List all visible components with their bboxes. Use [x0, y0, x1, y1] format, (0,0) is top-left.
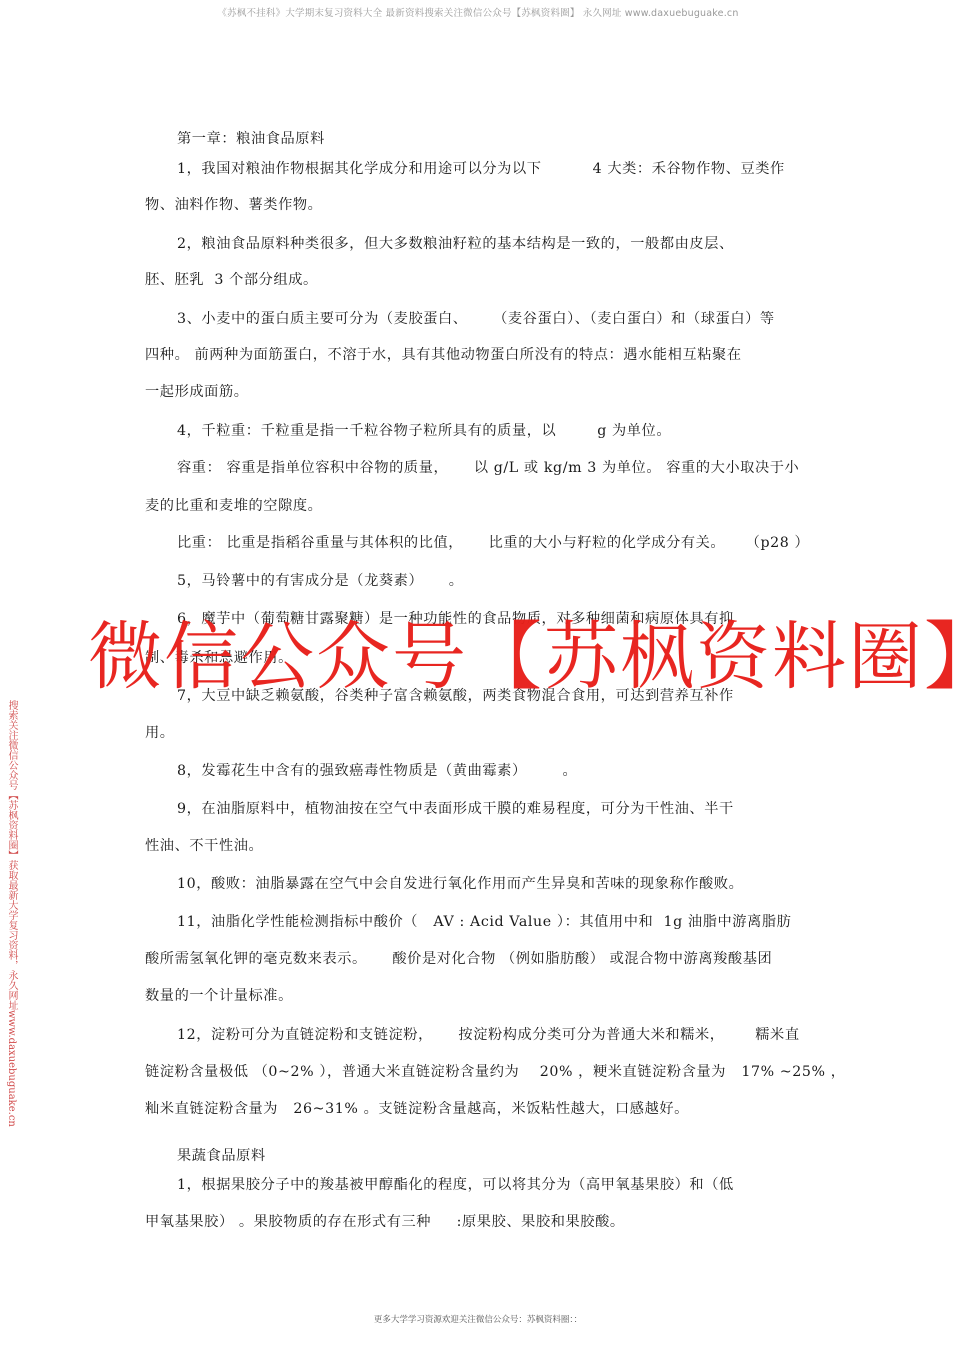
text-line: 酸所需氢氧化钾的毫克数来表示。 酸价是对化合物 （例如脂肪酸） 或混合物中游离羧…	[145, 948, 772, 968]
text-line: 四种。 前两种为面筋蛋白，不溶于水，具有其他动物蛋白所没有的特点：遇水能相互粘聚…	[145, 344, 742, 364]
text-line: 9，在油脂原料中，植物油按在空气中表面形成干膜的难易程度，可分为干性油、半干	[177, 798, 734, 818]
watermark-overlay: 微信公众号【苏枫资料圈】	[88, 620, 956, 694]
text-line: 物、油料作物、薯类作物。	[145, 194, 322, 214]
text-line: 4，千粒重：千粒重是指一千粒谷物子粒所具有的质量，以 g 为单位。	[177, 420, 671, 440]
text-line: 1，根据果胶分子中的羧基被甲醇酯化的程度，可以将其分为（高甲氧基果胶）和（低	[177, 1174, 734, 1194]
text-line: 性油、不干性油。	[145, 835, 263, 855]
text-line: 一起形成面筋。	[145, 381, 249, 401]
text-line: 容重： 容重是指单位容积中谷物的质量， 以 g/L 或 kg/m 3 为单位。 …	[177, 457, 799, 477]
text-line: 甲氧基果胶） 。果胶物质的存在形式有三种 :原果胶、果胶和果胶酸。	[145, 1211, 625, 1231]
text-line: 1，我国对粮油作物根据其化学成分和用途可以分为以下 4 大类：禾谷物作物、豆类作	[177, 158, 785, 178]
text-line: 2，粮油食品原料种类很多，但大多数粮油籽粒的基本结构是一致的，一般都由皮层、	[177, 233, 734, 253]
text-line: 比重： 比重是指稻谷重量与其体积的比值， 比重的大小与籽粒的化学成分有关。 （p…	[177, 532, 809, 552]
text-line: 链淀粉含量极低 （0~2% ），普通大米直链淀粉含量约为 20% ，粳米直链淀粉…	[145, 1061, 846, 1081]
side-banner: 搜索关注微信公众号【苏枫资料圈】获取最新大学复习资料，永久网址www.daxue…	[3, 700, 17, 1140]
text-line: 用。	[145, 722, 175, 742]
text-line: 11，油脂化学性能检测指标中酸价（ AV : Acid Value ）：其值用中…	[177, 911, 791, 931]
text-line: 8，发霉花生中含有的强致癌毒性物质是（黄曲霉素） 。	[177, 760, 577, 780]
text-line: 3、小麦中的蛋白质主要可分为（麦胶蛋白、 （麦谷蛋白）、（麦白蛋白）和（球蛋白）…	[177, 308, 775, 328]
page-header-banner: 《苏枫不挂科》大学期末复习资料大全 最新资料搜索关注微信公众号【苏枫资料圈】 永…	[0, 5, 956, 19]
text-line: 12，淀粉可分为直链淀粉和支链淀粉， 按淀粉构成分类可分为普通大米和糯米， 糯米…	[177, 1024, 800, 1044]
text-line: 10，酸败：油脂暴露在空气中会自发进行氧化作用而产生异臭和苦味的现象称作酸败。	[177, 873, 743, 893]
chapter-title: 第一章：粮油食品原料	[177, 128, 325, 148]
text-line: 数量的一个计量标准。	[145, 985, 293, 1005]
section-title: 果蔬食品原料	[177, 1145, 266, 1165]
text-line: 籼米直链淀粉含量为 26~31% 。支链淀粉含量越高，米饭粘性越大，口感越好。	[145, 1098, 689, 1118]
page-footer: 更多大学学习资源欢迎关注微信公众号：苏枫资料圈：：	[0, 1313, 956, 1325]
text-line: 麦的比重和麦堆的空隙度。	[145, 495, 322, 515]
side-banner-text: 搜索关注微信公众号【苏枫资料圈】获取最新大学复习资料，永久网址	[6, 700, 17, 1010]
text-line: 5，马铃薯中的有害成分是（龙葵素） 。	[177, 570, 464, 590]
side-banner-url: www.daxuebuguake.cn	[6, 1010, 17, 1127]
text-line: 胚、胚乳 3 个部分组成。	[145, 269, 318, 289]
